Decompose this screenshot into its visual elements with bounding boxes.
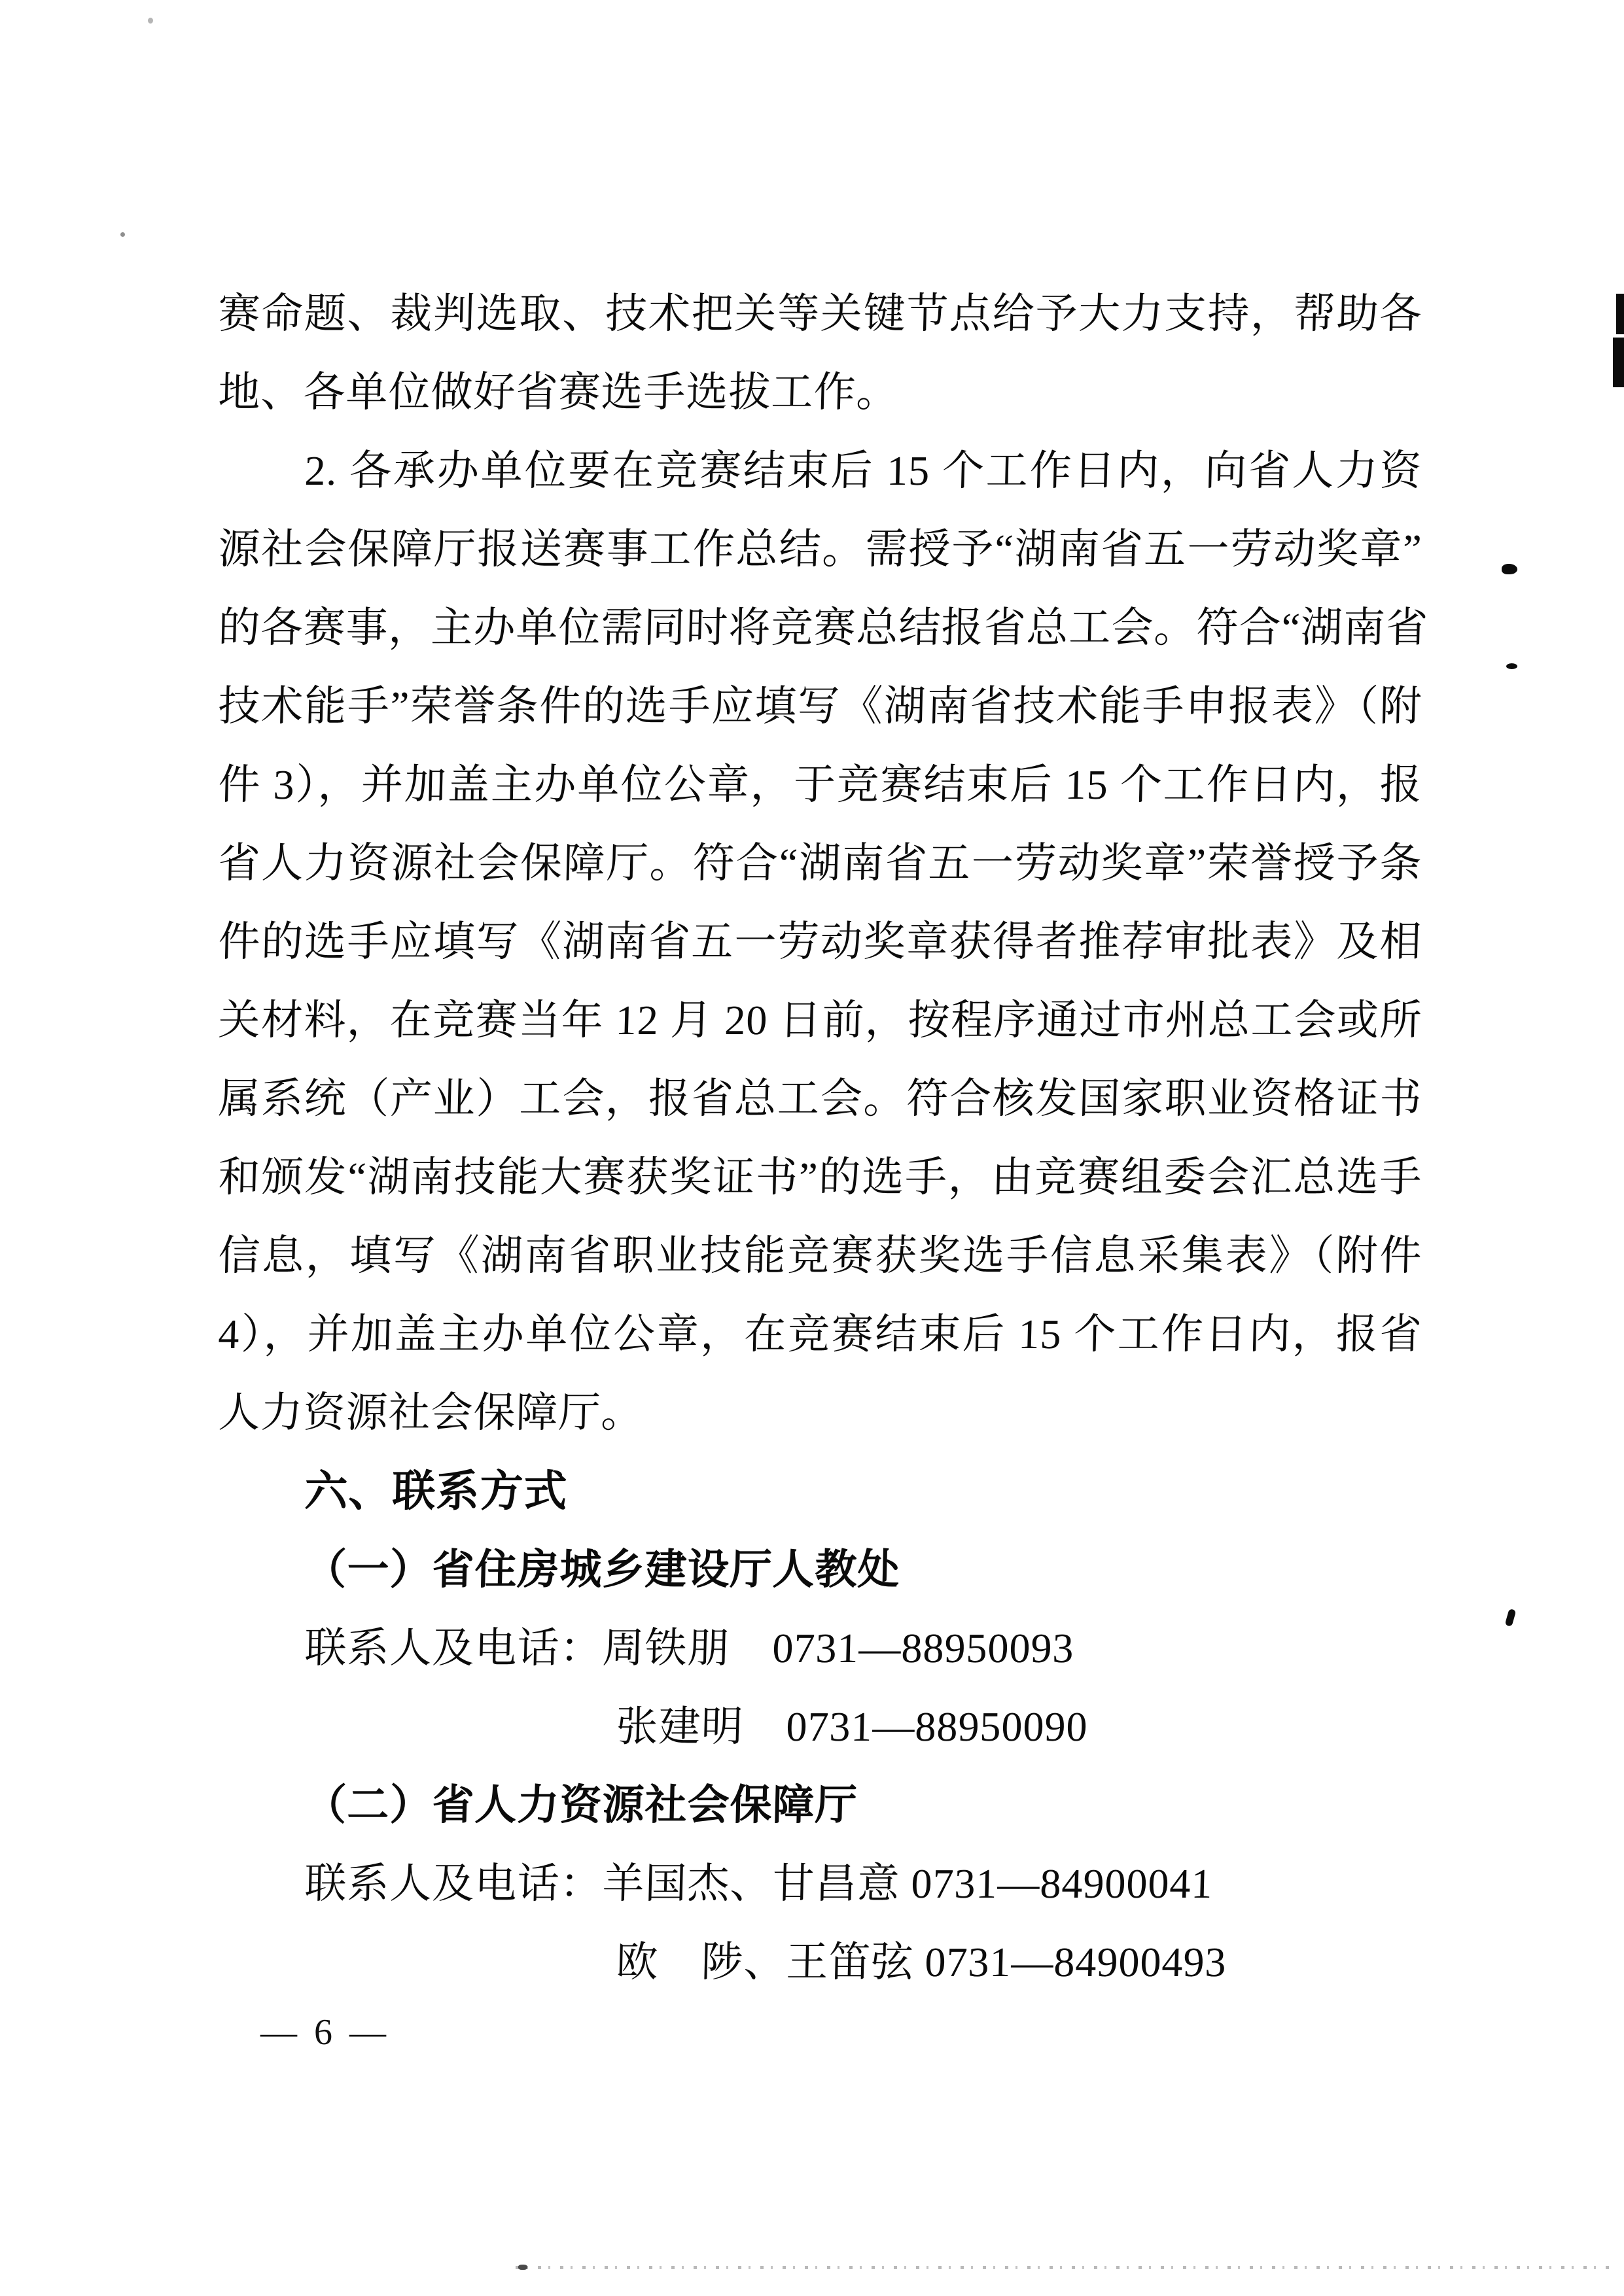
scan-noise-band <box>516 2266 1616 2269</box>
contact-line: 欧 陟、王笛弦 0731—84900493 <box>615 1923 1227 2002</box>
scan-artifact <box>518 2265 527 2270</box>
paragraph-line: 信息，填写《湖南省职业技能竞赛获奖选手信息采集表》（附件 <box>217 1217 1423 1295</box>
contact-line: 联系人及电话：羊国杰、甘昌意 0731—84900041 <box>304 1845 1214 1923</box>
scanned-document-page: 赛命题、裁判选取、技术把关等关键节点给予大力支持，帮助各 地、各单位做好省赛选手… <box>0 0 1624 2296</box>
scan-artifact <box>148 18 153 24</box>
paragraph-line: 的各赛事，主办单位需同时将竞赛总结报省总工会。符合“湖南省 <box>217 589 1423 667</box>
page-number: — 6 — <box>260 2009 390 2055</box>
scan-artifact <box>1616 294 1624 334</box>
paragraph-line: 和颁发“湖南技能大赛获奖证书”的选手，由竞赛组委会汇总选手 <box>217 1138 1423 1217</box>
scan-artifact <box>1506 663 1517 669</box>
paragraph-line: 技术能手”荣誉条件的选手应填写《湖南省技术能手申报表》（附 <box>217 667 1423 746</box>
section-heading: 六、联系方式 <box>304 1452 569 1531</box>
contact-line: 联系人及电话：周铁朋 0731—88950093 <box>304 1609 1075 1688</box>
paragraph-line: 4），并加盖主办单位公章，在竞赛结束后 15 个工作日内，报省 <box>217 1295 1423 1374</box>
paragraph-line: 地、各单位做好省赛选手选拔工作。 <box>217 353 1423 432</box>
scan-artifact <box>1505 1609 1517 1627</box>
paragraph-line: 赛命题、裁判选取、技术把关等关键节点给予大力支持，帮助各 <box>217 275 1423 353</box>
paragraph-line: 源社会保障厅报送赛事工作总结。需授予“湖南省五一劳动奖章” <box>217 510 1423 589</box>
paragraph-line: 省人力资源社会保障厅。符合“湖南省五一劳动奖章”荣誉授予条 <box>217 824 1423 903</box>
contact-line: 张建明 0731—88950090 <box>615 1688 1089 1766</box>
subsection-heading: （一）省住房城乡建设厅人教处 <box>304 1531 901 1609</box>
scan-artifact <box>120 232 125 237</box>
scan-artifact <box>1613 338 1624 387</box>
paragraph-line: 人力资源社会保障厅。 <box>217 1374 1423 1452</box>
paragraph-line: 件 3），并加盖主办单位公章，于竞赛结束后 15 个工作日内，报 <box>217 746 1423 824</box>
paragraph-line: 属系统（产业）工会，报省总工会。符合核发国家职业资格证书 <box>217 1060 1423 1138</box>
paragraph-line: 关材料，在竞赛当年 12 月 20 日前，按程序通过市州总工会或所 <box>217 981 1423 1060</box>
scan-artifact <box>1502 564 1517 574</box>
paragraph-line: 件的选手应填写《湖南省五一劳动奖章获得者推荐审批表》及相 <box>217 903 1423 981</box>
paragraph-line: 2. 各承办单位要在竞赛结束后 15 个工作日内，向省人力资 <box>304 432 1423 510</box>
subsection-heading: （二）省人力资源社会保障厅 <box>304 1766 858 1845</box>
